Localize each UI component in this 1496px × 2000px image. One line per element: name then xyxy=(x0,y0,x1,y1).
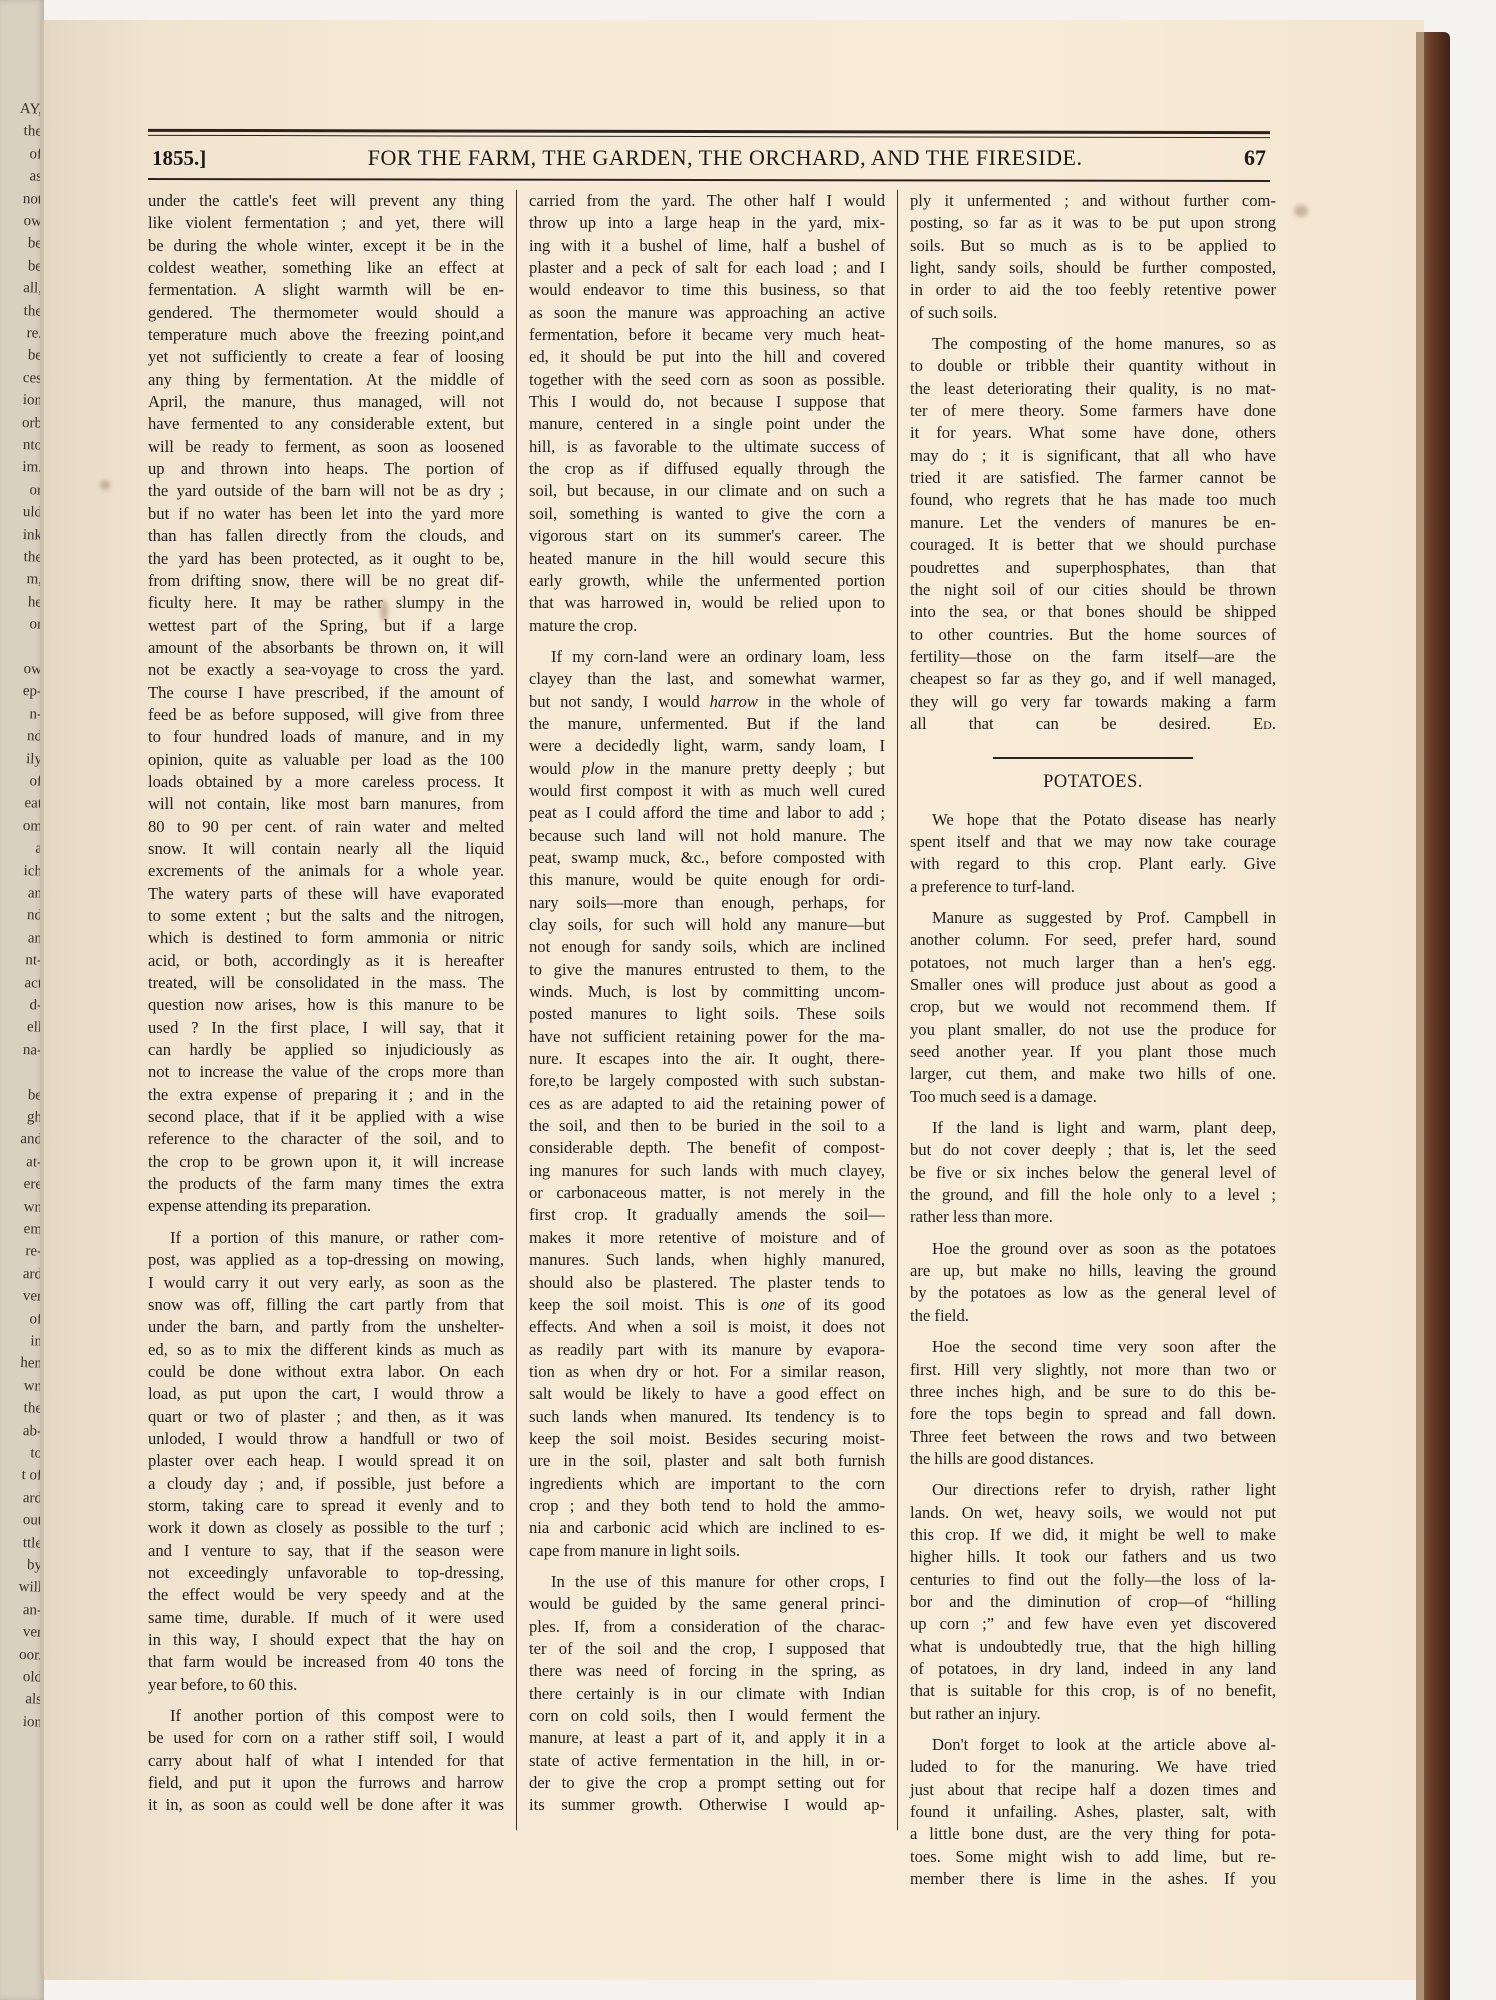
text-line: would be guided by the same general prin… xyxy=(529,1593,885,1615)
facing-page-text-fragment: eat xyxy=(2,792,43,816)
text-line: ure in the soil, plaster and salt both f… xyxy=(529,1450,885,1472)
facing-page-text-fragment: na- xyxy=(2,1038,43,1062)
text-line: this manure, would be quite enough for o… xyxy=(529,869,885,891)
text-line: but do not cover deeply ; that is, let t… xyxy=(910,1139,1276,1161)
text-line: tried it are satisfied. The farmer canno… xyxy=(910,467,1276,489)
facing-page-text-fragment: the xyxy=(2,1396,43,1420)
text-line: bor and the diminution of crop—of “hilli… xyxy=(910,1591,1276,1613)
facing-page-text-fragment: m, xyxy=(2,568,43,592)
column-3-editorial: ply it unfermented ; and without further… xyxy=(910,190,1276,735)
text-line: the soil, and then to be buried in the s… xyxy=(529,1115,885,1137)
facing-page-text-fragment: t of xyxy=(2,1464,43,1488)
facing-page-text-fragment: or xyxy=(2,612,43,636)
text-line: makes it more retentive of moisture and … xyxy=(529,1227,885,1249)
facing-page-text-fragment: and xyxy=(2,1128,43,1152)
facing-page-text-fragment: im. xyxy=(2,456,43,480)
text-line: higher hills. It took our fathers and us… xyxy=(910,1546,1276,1568)
facing-page-text-fragment: nt- xyxy=(2,948,43,972)
text-line: heated manure in the hill would secure t… xyxy=(529,548,885,570)
text-line: the night soil of our cities should be t… xyxy=(910,579,1276,601)
facing-page-text-fragment: be xyxy=(2,232,43,256)
text-line: be during the whole winter, except it be… xyxy=(148,235,504,257)
text-line: The course I have prescribed, if the amo… xyxy=(148,682,504,704)
text-line: but if no water has been let into the ya… xyxy=(148,503,504,525)
facing-page-text-fragment: ver xyxy=(2,1620,43,1644)
facing-page-text-fragment: ere xyxy=(2,1172,43,1196)
paragraph-gap xyxy=(148,1696,504,1705)
text-line: into the sea, or that bones should be sh… xyxy=(910,601,1276,623)
facing-page-text-fragment: n- xyxy=(2,702,43,726)
text-line: cheapest so far as they go, and if well … xyxy=(910,668,1276,690)
facing-page-text-fragment: wn xyxy=(2,1195,43,1219)
text-line: The composting of the home manures, so a… xyxy=(910,333,1276,355)
text-line: We hope that the Potato disease has near… xyxy=(910,809,1276,831)
facing-page-text-fragment: be xyxy=(2,1083,43,1107)
text-line: in this way, I should expect that the ha… xyxy=(148,1629,504,1651)
text-line: any thing by fermentation. At the middle… xyxy=(148,369,504,391)
text-line: the ground, and fill the hole only to a … xyxy=(910,1184,1276,1206)
text-line: the manure, unfermented. But if the land xyxy=(529,713,885,735)
text-line: of such soils. xyxy=(910,302,1276,324)
text-line: reference to the character of the soil, … xyxy=(148,1128,504,1150)
text-line: fermentation. A slight warmth will be en… xyxy=(148,279,504,301)
facing-page-text-fragment: act xyxy=(2,971,43,995)
text-line: state of active fermentation in the hill… xyxy=(529,1750,885,1772)
text-line: salt would be likely to have a good effe… xyxy=(529,1383,885,1405)
text-line: potatoes, not much larger than a hen's e… xyxy=(910,952,1276,974)
facing-page-text-fragment: an xyxy=(2,926,43,950)
text-line: used ? In the first place, I will say, t… xyxy=(148,1017,504,1039)
facing-page-text-fragment: to xyxy=(2,1441,43,1465)
facing-page-text-fragment: ion xyxy=(2,388,43,412)
facing-page-text-fragment: a xyxy=(2,836,43,860)
text-line: snow was off, filling the cart partly fr… xyxy=(148,1294,504,1316)
text-line: work it down as closely as possible to t… xyxy=(148,1517,504,1539)
facing-page-text-fragment: all, xyxy=(2,276,43,300)
editor-signature: Ed. xyxy=(1253,714,1276,733)
text-line: ing with it a bushel of lime, half a bus… xyxy=(529,235,885,257)
paragraph-gap xyxy=(910,1108,1276,1117)
text-line: question now arises, how is this manure … xyxy=(148,994,504,1016)
facing-page-text-fragment: out xyxy=(2,1508,43,1532)
text-line: This I would do, not because I suppose t… xyxy=(529,391,885,413)
text-line: Manure as suggested by Prof. Campbell in xyxy=(910,907,1276,929)
text-line: from drifting snow, there will be no gre… xyxy=(148,570,504,592)
text-line: soil, something is wanted to give the co… xyxy=(529,503,885,525)
text-line: than has fallen directly from the clouds… xyxy=(148,525,504,547)
text-line: can hardly be applied so injudiciously a… xyxy=(148,1039,504,1061)
facing-page-text-fragment: will xyxy=(2,1576,43,1600)
text-line: a preference to turf-land. xyxy=(910,876,1276,898)
text-line: winds. Much, is lost by committing uncom… xyxy=(529,981,885,1003)
text-line: ter of mere theory. Some farmers have do… xyxy=(910,400,1276,422)
italic-word: harrow xyxy=(710,692,758,711)
text-line: If another portion of this compost were … xyxy=(148,1705,504,1727)
facing-page-text-fragment: in xyxy=(2,1329,43,1353)
text-line: in order to aid the too feebly retentive… xyxy=(910,279,1276,301)
text-line: post, was applied as a top-dressing on m… xyxy=(148,1249,504,1271)
text-line: the effect would be very speedy and at t… xyxy=(148,1584,504,1606)
text-line: the hills are good distances. xyxy=(910,1448,1276,1470)
text-line: ter of the soil and the crop, I supposed… xyxy=(529,1638,885,1660)
facing-page-text-fragment: ces xyxy=(2,366,43,390)
text-line: ingredients which are important to the c… xyxy=(529,1473,885,1495)
text-line: fermentation, before it became very much… xyxy=(529,324,885,346)
section-heading-potatoes: POTATOES. xyxy=(910,771,1276,793)
text-line: I would carry it out very early, as soon… xyxy=(148,1272,504,1294)
text-line: first crop. It gradually amends the soil… xyxy=(529,1204,885,1226)
section-divider-rule xyxy=(993,757,1193,759)
text-line: are up, but make no hills, leaving the g… xyxy=(910,1260,1276,1282)
text-line: another column. For seed, prefer hard, s… xyxy=(910,929,1276,951)
column-3-potatoes: We hope that the Potato disease has near… xyxy=(910,800,1276,1891)
text-line: lands. On wet, heavy soils, we would not… xyxy=(910,1502,1276,1524)
text-line: treated, will be consolidated in the mas… xyxy=(148,972,504,994)
text-line: peat as I could afford the time and labo… xyxy=(529,802,885,824)
text-line: poudrettes and superphosphates, than tha… xyxy=(910,557,1276,579)
text-line: spent itself and that we may now take co… xyxy=(910,831,1276,853)
paragraph-gap xyxy=(910,800,1276,809)
text-line: If the land is light and warm, plant dee… xyxy=(910,1117,1276,1139)
facing-page-text-fragment: uld xyxy=(2,500,43,524)
text-line: or carbonaceous matter, is not merely in… xyxy=(529,1182,885,1204)
text-line: first. Hill very slightly, not more than… xyxy=(910,1359,1276,1381)
text-line: The watery parts of these will have evap… xyxy=(148,883,504,905)
facing-page-text-fragment: re- xyxy=(2,1240,43,1264)
facing-page-text-fragment: ow xyxy=(2,657,43,681)
facing-page-text-fragment: ell xyxy=(2,1016,43,1040)
text-line: carry about half of what I intended for … xyxy=(148,1750,504,1772)
text-line: have fermented to any considerable exten… xyxy=(148,413,504,435)
text-line: ed, it should be put into the hill and c… xyxy=(529,346,885,368)
text-line: acid, or both, accordingly as it is here… xyxy=(148,950,504,972)
text-line: manures. Such lands, when highly manured… xyxy=(529,1249,885,1271)
column-1: under the cattle's feet will prevent any… xyxy=(148,190,516,1830)
paragraph-gap xyxy=(529,637,885,646)
facing-page-text-fragment: the xyxy=(2,120,43,144)
text-line: a cloudy day ; and, if possible, just be… xyxy=(148,1473,504,1495)
text-line: feed be as before supposed, will give fr… xyxy=(148,704,504,726)
text-line: coldest weather, something like an effec… xyxy=(148,257,504,279)
text-line: nia and carbonic acid which are inclined… xyxy=(529,1517,885,1539)
facing-page-text-fragment: an- xyxy=(2,1598,43,1622)
text-line: load, as put upon the cart, I would thro… xyxy=(148,1383,504,1405)
facing-page-text-fragment: nd xyxy=(2,724,43,748)
facing-page-text-fragment: oor. xyxy=(2,1643,43,1667)
text-line: not exceedingly unfavorable to top-dress… xyxy=(148,1562,504,1584)
text-line: what is undoubtedly true, that the high … xyxy=(910,1636,1276,1658)
facing-page-text-fragment: ard xyxy=(2,1262,43,1286)
text-line: the crop to be grown upon it, it will in… xyxy=(148,1151,504,1173)
text-line: of potatoes, in dry land, indeed in any … xyxy=(910,1658,1276,1680)
facing-page-text-fragment: be xyxy=(2,254,43,278)
text-line: be used for corn on a rather stiff soil,… xyxy=(148,1727,504,1749)
facing-page-text-fragment: om xyxy=(2,814,43,838)
text-line: peat, swamp muck, &c., before composted … xyxy=(529,847,885,869)
facing-page-text-fragment: old xyxy=(2,1665,43,1689)
text-line: loads obtained by a more careless proces… xyxy=(148,771,504,793)
text-line: fore,to be largely composted with such s… xyxy=(529,1070,885,1092)
text-line: Our directions refer to dryish, rather l… xyxy=(910,1479,1276,1501)
text-line: you plant smaller, do not use the produc… xyxy=(910,1019,1276,1041)
text-line: as readily part with its manure by evapo… xyxy=(529,1339,885,1361)
text-line: clayey than the last, and somewhat warme… xyxy=(529,668,885,690)
text-line: ples. If, from a consideration of the ch… xyxy=(529,1616,885,1638)
text-line: ficulty here. It may be rather slumpy in… xyxy=(148,592,504,614)
text-line: there was need of forcing in the spring,… xyxy=(529,1660,885,1682)
text-line: fertility—those on the farm itself—are t… xyxy=(910,646,1276,668)
paragraph-gap xyxy=(910,324,1276,333)
text-line: toes. Some might wish to add lime, but r… xyxy=(910,1846,1276,1868)
text-line: quart or two of plaster ; and then, as i… xyxy=(148,1406,504,1428)
text-line: would plow in the manure pretty deeply ;… xyxy=(529,758,885,780)
text-line: it for years. What some have done, other… xyxy=(910,422,1276,444)
text-line: up and thrown into heaps. The portion of xyxy=(148,458,504,480)
text-line: the products of the farm many times the … xyxy=(148,1173,504,1195)
column-2: carried from the yard. The other half I … xyxy=(516,190,897,1830)
facing-page-text-fragment: hen xyxy=(2,1352,43,1376)
facing-page-text-fragment: als xyxy=(2,1688,43,1712)
text-line: like violent fermentation ; and yet, the… xyxy=(148,212,504,234)
facing-page-text-fragment: an xyxy=(2,881,43,905)
text-line: effects. And when a soil is moist, it do… xyxy=(529,1316,885,1338)
text-line: tion as when dry or hot. For a similar r… xyxy=(529,1361,885,1383)
text-line: April, the manure, thus managed, will no… xyxy=(148,391,504,413)
facing-page-text-fragment: as xyxy=(2,164,43,188)
facing-page-text-fragment: ver xyxy=(2,1284,43,1308)
text-line: ces as are adapted to aid the retaining … xyxy=(529,1093,885,1115)
paragraph-gap xyxy=(148,1218,504,1227)
facing-page-text-fragment: of xyxy=(2,769,43,793)
text-line: together with the seed corn as soon as p… xyxy=(529,369,885,391)
text-line: the extra expense of preparing it ; and … xyxy=(148,1084,504,1106)
text-line: keep the soil moist. Besides securing mo… xyxy=(529,1428,885,1450)
text-line: 80 to 90 per cent. of rain water and mel… xyxy=(148,816,504,838)
header-title: FOR THE FARM, THE GARDEN, THE ORCHARD, A… xyxy=(368,145,1083,171)
facing-page-text-fragment: em xyxy=(2,1217,43,1241)
text-line: gendered. The thermometer would should a xyxy=(148,302,504,324)
text-line: by the potatoes as low as the general le… xyxy=(910,1282,1276,1304)
facing-page-text-fragment: orb xyxy=(2,411,43,435)
text-line: storm, taking care to spread it evenly a… xyxy=(148,1495,504,1517)
text-line: to some extent ; but the salts and the n… xyxy=(148,905,504,927)
text-line: under the cattle's feet will prevent any… xyxy=(148,190,504,212)
text-line: manure, centered in a single point under… xyxy=(529,413,885,435)
text-line: to four hundred loads of manure, and in … xyxy=(148,726,504,748)
text-line: would first compost it with as much well… xyxy=(529,780,885,802)
facing-page-text-fragment: ich xyxy=(2,859,43,883)
article-columns: under the cattle's feet will prevent any… xyxy=(148,190,1278,1830)
text-line: amount of the absorbants be thrown on, i… xyxy=(148,637,504,659)
text-line: second place, that if it be applied with… xyxy=(148,1106,504,1128)
facing-page-text-fragment: ard xyxy=(2,1486,43,1510)
text-line: could be done without extra labor. On ea… xyxy=(148,1361,504,1383)
text-line: corn on cold soils, then I would ferment… xyxy=(529,1705,885,1727)
text-line: the crop as if diffused equally through … xyxy=(529,458,885,480)
facing-page-text-fragment: ow xyxy=(2,209,43,233)
text-line: luded to for the manuring. We have tried xyxy=(910,1756,1276,1778)
paragraph-gap xyxy=(910,1470,1276,1479)
text-line: excrements of the animals for a whole ye… xyxy=(148,860,504,882)
text-line: they will go very far towards making a f… xyxy=(910,691,1276,713)
text-line: ply it unfermented ; and without further… xyxy=(910,190,1276,212)
text-line: posted manures to light soils. These soi… xyxy=(529,1003,885,1025)
text-line: should also be plastered. The plaster te… xyxy=(529,1272,885,1294)
text-line: and I venture to say, that if the season… xyxy=(148,1540,504,1562)
facing-page-text-fragment: the xyxy=(2,299,43,323)
facing-page-text-fragment: the xyxy=(2,545,43,569)
facing-page-edge: AY,theofasnotowbebeall,there.becesionorb… xyxy=(0,0,44,2000)
text-line: with regard to this crop. Plant early. G… xyxy=(910,853,1276,875)
text-line: which is destined to form ammonia or nit… xyxy=(148,927,504,949)
facing-page-text-fragment: ab- xyxy=(2,1419,43,1443)
text-line: soil, but because, in our climate and on… xyxy=(529,480,885,502)
text-line: Smaller ones will produce just about as … xyxy=(910,974,1276,996)
text-line: couraged. It is better that we should pu… xyxy=(910,534,1276,556)
column-3: ply it unfermented ; and without further… xyxy=(897,190,1276,1830)
facing-page-text-fragment: be xyxy=(2,344,43,368)
text-line: vigorous start on its summer's career. T… xyxy=(529,525,885,547)
text-line: be five or six inches below the general … xyxy=(910,1162,1276,1184)
text-line: but rather an injury. xyxy=(910,1703,1276,1725)
header-year: 1855.] xyxy=(152,146,206,171)
paragraph-gap xyxy=(910,898,1276,907)
text-line: field, and put it upon the furrows and h… xyxy=(148,1772,504,1794)
text-line: ed, so as to mix the different kinds as … xyxy=(148,1339,504,1361)
facing-page-text-fragment: of xyxy=(2,1307,43,1331)
text-line: the least deteriorating their quality, i… xyxy=(910,378,1276,400)
paragraph-gap xyxy=(910,1725,1276,1734)
text-line: cape from manure in light soils. xyxy=(529,1540,885,1562)
text-line: not be exactly a sea-voyage to cross the… xyxy=(148,659,504,681)
text-line: wettest part of the Spring, but if a lar… xyxy=(148,615,504,637)
facing-page-text-fragment: wn xyxy=(2,1374,43,1398)
text-line: a little bone dust, are the very thing f… xyxy=(910,1823,1276,1845)
text-line: to give the manures entrusted to them, t… xyxy=(529,959,885,981)
text-line: that farm would be increased from 40 ton… xyxy=(148,1651,504,1673)
text-line: hill, is as favorable to the ultimate su… xyxy=(529,436,885,458)
text-line: were a decidedly light, warm, sandy loam… xyxy=(529,735,885,757)
paragraph-gap xyxy=(910,1327,1276,1336)
text-line: posting, so far as it was to be put upon… xyxy=(910,212,1276,234)
text-line: member there is lime in the ashes. If yo… xyxy=(910,1868,1276,1890)
text-line: yet not sufficiently to create a fear of… xyxy=(148,346,504,368)
text-line: throw up into a large heap in the yard, … xyxy=(529,212,885,234)
facing-page-text-fragment: nd xyxy=(2,904,43,928)
running-head: 1855.] FOR THE FARM, THE GARDEN, THE ORC… xyxy=(148,137,1270,173)
text-line: centuries to find out the folly—the loss… xyxy=(910,1569,1276,1591)
text-line: such lands when manured. Its tendency is… xyxy=(529,1406,885,1428)
text-line: this crop. If we did, it might be well t… xyxy=(910,1524,1276,1546)
text-line: seed another year. If you plant those mu… xyxy=(910,1041,1276,1063)
text-line: the field. xyxy=(910,1305,1276,1327)
text-line: If a portion of this manure, or rather c… xyxy=(148,1227,504,1249)
text-line: crop ; and they both tend to hold the am… xyxy=(529,1495,885,1517)
text-line: manure, at least a part of it, and apply… xyxy=(529,1727,885,1749)
facing-page-text-fragment: d- xyxy=(2,993,43,1017)
text-line: soils. But so much as is to be applied t… xyxy=(910,235,1276,257)
facing-page-text-fragment: re. xyxy=(2,321,43,345)
text-line: expense attending its preparation. xyxy=(148,1195,504,1217)
text-line: just about that recipe half a dozen time… xyxy=(910,1779,1276,1801)
facing-page-text-fragment: ink xyxy=(2,523,43,547)
text-line: as soon the manure was approaching an ac… xyxy=(529,302,885,324)
text-line: may do ; it is significant, that all who… xyxy=(910,445,1276,467)
text-line: ing manures for such lands with much cla… xyxy=(529,1160,885,1182)
text-line: not enough for sandy soils, which are in… xyxy=(529,936,885,958)
text-line: snow. It will contain nearly all the liq… xyxy=(148,838,504,860)
text-line: early growth, while the unfermented port… xyxy=(529,570,885,592)
text-line: same time, durable. If much of it were u… xyxy=(148,1607,504,1629)
text-line: If my corn-land were an ordinary loam, l… xyxy=(529,646,885,668)
running-header: 1855.] FOR THE FARM, THE GARDEN, THE ORC… xyxy=(148,130,1270,181)
text-line: In the use of this manure for other crop… xyxy=(529,1571,885,1593)
binding-edge xyxy=(1416,32,1424,2000)
text-line: would endeavor to time this business, so… xyxy=(529,279,885,301)
text-line: will not contain, like most barn manures… xyxy=(148,793,504,815)
text-line: nary soils—more than enough, perhaps, fo… xyxy=(529,892,885,914)
text-line: year before, to 60 this. xyxy=(148,1674,504,1696)
page-number: 67 xyxy=(1244,145,1266,171)
text-line: found, who regrets that he has made too … xyxy=(910,489,1276,511)
text-line: larger, cut them, and make two hills of … xyxy=(910,1063,1276,1085)
facing-page-text-fragment: ttle xyxy=(2,1531,43,1555)
text-line: to other countries. But the home sources… xyxy=(910,624,1276,646)
text-line: clay soils, for such will hold any manur… xyxy=(529,914,885,936)
text-line: have not sufficient retaining power for … xyxy=(529,1026,885,1048)
text-line: crop, but we would not recommend them. I… xyxy=(910,996,1276,1018)
italic-word: plow xyxy=(582,759,614,778)
text-line: considerable depth. The benefit of compo… xyxy=(529,1137,885,1159)
text-line: fore the tops begin to spread and fall d… xyxy=(910,1403,1276,1425)
text-line: it in, as soon as could well be done aft… xyxy=(148,1794,504,1816)
facing-page-text-fragment: at- xyxy=(2,1150,43,1174)
text-line: under the barn, and partly from the unsh… xyxy=(148,1316,504,1338)
ink-spot xyxy=(100,480,110,490)
text-line: three inches high, and be sure to do thi… xyxy=(910,1381,1276,1403)
text-line: that was harrowed in, would be relied up… xyxy=(529,592,885,614)
text-line: up corn ;” and few have even yet discove… xyxy=(910,1613,1276,1635)
text-line: the yard outside of the barn will not be… xyxy=(148,480,504,502)
facing-page-text-fragment: not xyxy=(2,187,43,211)
facing-page-text-fragment: of xyxy=(2,142,43,166)
text-line: plaster and a peck of salt for each load… xyxy=(529,257,885,279)
text-line: Hoe the second time very soon after the xyxy=(910,1336,1276,1358)
text-line: all that can be desired. Ed. xyxy=(910,713,1276,735)
facing-page-text-fragment: ep- xyxy=(2,680,43,704)
text-line: Too much seed is a damage. xyxy=(910,1086,1276,1108)
text-line: to double or tribble their quantity with… xyxy=(910,355,1276,377)
text-line: will be ready to ferment, as soon as loo… xyxy=(148,436,504,458)
italic-word: one xyxy=(761,1295,785,1314)
text-line: Hoe the ground over as soon as the potat… xyxy=(910,1238,1276,1260)
facing-page-text-fragment: gh xyxy=(2,1105,43,1129)
text-line: plaster over each heap. I would spread i… xyxy=(148,1450,504,1472)
text-line: not to increase the value of the crops m… xyxy=(148,1061,504,1083)
facing-page-text-fragment: nto xyxy=(2,433,43,457)
text-line: unloded, I would throw a handfull or two… xyxy=(148,1428,504,1450)
text-line: the yard has been protected, as it ought… xyxy=(148,548,504,570)
facing-page-text-fragment: ily xyxy=(2,747,43,771)
text-line: keep the soil moist. This is one of its … xyxy=(529,1294,885,1316)
book-binding xyxy=(1416,32,1450,2000)
text-line: there certainly is in our climate with I… xyxy=(529,1683,885,1705)
text-line: Three feet between the rows and two betw… xyxy=(910,1426,1276,1448)
text-line: light, sandy soils, should be further co… xyxy=(910,257,1276,279)
facing-page-text-fragment: ion xyxy=(2,1710,43,1734)
facing-page-text-fragment: AY, xyxy=(2,97,43,121)
text-line: Don't forget to look at the article abov… xyxy=(910,1734,1276,1756)
